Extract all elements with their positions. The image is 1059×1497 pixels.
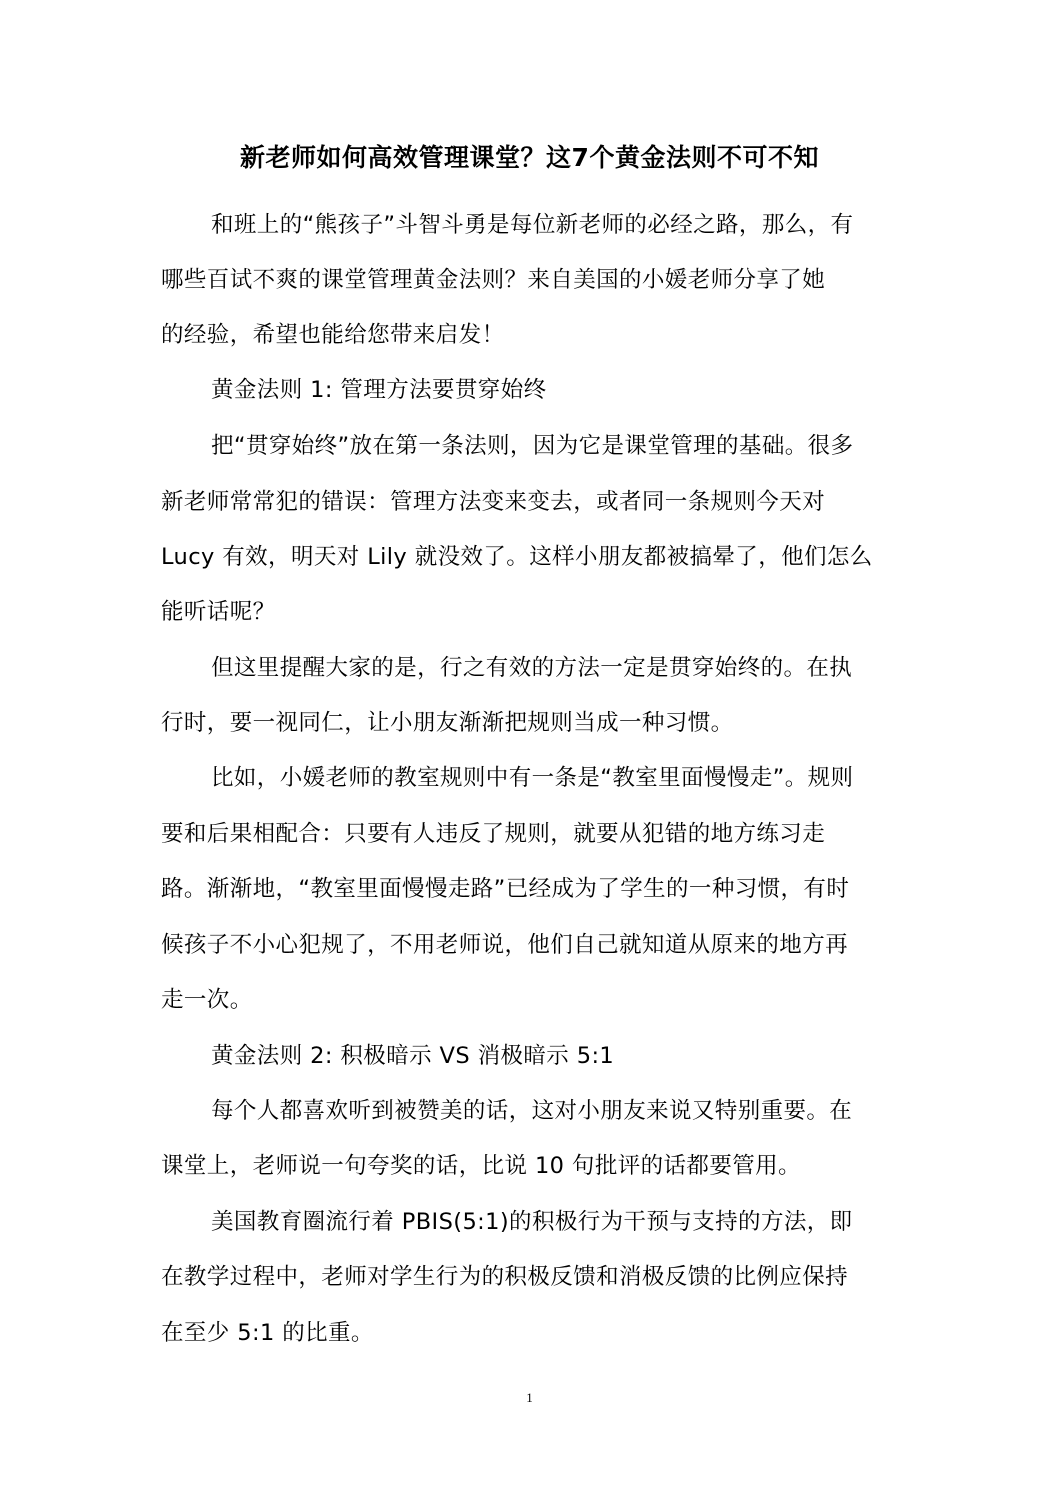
body-line: 的经验，希望也能给您带来启发！ bbox=[161, 317, 505, 353]
body-line: 新老师常常犯的错误：管理方法变来变去，或者同一条规则今天对 bbox=[161, 484, 825, 520]
body-line: 要和后果相配合：只要有人违反了规则，就要从犯错的地方练习走 bbox=[161, 816, 825, 852]
document-title: 新老师如何高效管理课堂？这7个黄金法则不可不知 bbox=[0, 138, 1059, 178]
body-line: 能听话呢？ bbox=[161, 594, 276, 630]
body-line: 在教学过程中，老师对学生行为的积极反馈和消极反馈的比例应保持 bbox=[161, 1259, 848, 1295]
body-line: 在至少 5:1 的比重。 bbox=[161, 1315, 374, 1351]
body-line: 把“贯穿始终”放在第一条法则，因为它是课堂管理的基础。很多 bbox=[211, 428, 853, 464]
section-heading-rule-1: 黄金法则 1: 管理方法要贯穿始终 bbox=[211, 372, 547, 408]
body-line: Lucy 有效，明天对 Lily 就没效了。这样小朋友都被搞晕了，他们怎么 bbox=[161, 539, 873, 575]
body-line: 和班上的“熊孩子”斗智斗勇是每位新老师的必经之路，那么，有 bbox=[211, 207, 853, 243]
document-page: 新老师如何高效管理课堂？这7个黄金法则不可不知 和班上的“熊孩子”斗智斗勇是每位… bbox=[0, 0, 1059, 1497]
body-line: 比如，小媛老师的教室规则中有一条是“教室里面慢慢走”。规则 bbox=[211, 760, 853, 796]
body-line: 美国教育圈流行着 PBIS(5:1)的积极行为干预与支持的方法，即 bbox=[211, 1204, 853, 1240]
section-heading-rule-2: 黄金法则 2: 积极暗示 VS 消极暗示 5:1 bbox=[211, 1038, 614, 1074]
body-line: 走一次。 bbox=[161, 982, 253, 1018]
body-line: 课堂上，老师说一句夸奖的话，比说 10 句批评的话都要管用。 bbox=[161, 1148, 801, 1184]
body-line: 哪些百试不爽的课堂管理黄金法则？来自美国的小媛老师分享了她 bbox=[161, 262, 825, 298]
body-line: 候孩子不小心犯规了，不用老师说，他们自己就知道从原来的地方再 bbox=[161, 927, 848, 963]
body-line: 路。渐渐地，“教室里面慢慢走路”已经成为了学生的一种习惯，有时 bbox=[161, 871, 849, 907]
page-number: 1 bbox=[0, 1390, 1059, 1406]
body-line: 行时，要一视同仁，让小朋友渐渐把规则当成一种习惯。 bbox=[161, 705, 734, 741]
body-line: 但这里提醒大家的是，行之有效的方法一定是贯穿始终的。在执 bbox=[211, 650, 852, 686]
body-line: 每个人都喜欢听到被赞美的话，这对小朋友来说又特别重要。在 bbox=[211, 1093, 852, 1129]
